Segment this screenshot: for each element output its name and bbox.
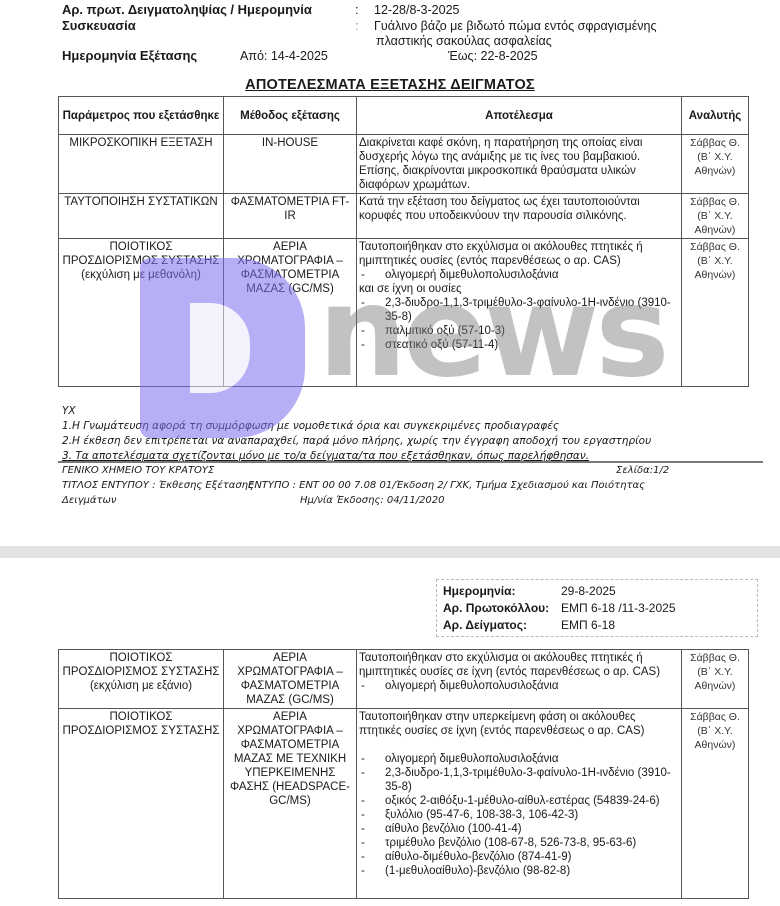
table-row: ΠΟΙΟΤΙΚΟΣ ΠΡΟΣΔΙΟΡΙΣΜΟΣ ΣΥΣΤΑΣΗΣ ΑΕΡΙΑ Χ…: [59, 709, 749, 899]
list-item: -τριμέθυλο βενζόλιο (108-67-8, 526-73-8,…: [359, 836, 679, 850]
result-cell: Ταυτοποιήθηκαν στο εκχύλισμα οι ακόλουθε…: [357, 650, 682, 709]
colon: :: [355, 18, 359, 33]
list-item: -αίθυλο-διμέθυλο-βενζόλιο (874-41-9): [359, 850, 679, 864]
bullet-dash: -: [359, 864, 385, 878]
parameter-cell: ΤΑΥΤΟΠΟΙΗΣΗ ΣΥΣΤΑΤΙΚΩΝ: [59, 194, 224, 239]
colon: :: [355, 2, 359, 17]
bullet-dash: -: [359, 766, 385, 794]
list-item: -αίθυλο βενζόλιο (100-41-4): [359, 822, 679, 836]
packaging-value-line1: Γυάλινο βάζο με βιδωτό πώμα εντός σφραγι…: [374, 19, 657, 33]
footer-form-title-cont: Δειγμάτων: [62, 495, 116, 506]
list-item: -ξυλόλιο (95-47-6, 108-38-3, 106-42-3): [359, 808, 679, 822]
page-separator: [0, 546, 780, 558]
substance-text: ξυλόλιο (95-47-6, 108-38-3, 106-42-3): [385, 808, 578, 822]
parameter-name: ΠΟΙΟΤΙΚΟΣ ΠΡΟΣΔΙΟΡΙΣΜΟΣ ΣΥΣΤΑΣΗΣ: [61, 651, 221, 679]
results-table-page2: ΠΟΙΟΤΙΚΟΣ ΠΡΟΣΔΙΟΡΙΣΜΟΣ ΣΥΣΤΑΣΗΣ (εκχύλι…: [58, 649, 749, 899]
parameter-cell: ΜΙΚΡΟΣΚΟΠΙΚΗ ΕΞΕΤΑΣΗ: [59, 135, 224, 194]
result-cell: Κατά την εξέταση του δείγματος ως έχει τ…: [357, 194, 682, 239]
header-parameter: Παράμετρος που εξετάσθηκε: [59, 97, 224, 135]
footer-page-number: Σελίδα:1/2: [616, 465, 669, 476]
header-analyst: Αναλυτής: [682, 97, 749, 135]
table-row: ΠΟΙΟΤΙΚΟΣ ΠΡΟΣΔΙΟΡΙΣΜΟΣ ΣΥΣΤΑΣΗΣ (εκχύλι…: [59, 650, 749, 709]
bullet-dash: -: [359, 794, 385, 808]
header-method: Μέθοδος εξέτασης: [224, 97, 357, 135]
header-result: Αποτέλεσμα: [357, 97, 682, 135]
result-cell: Ταυτοποιήθηκαν στην υπερκείμενη φάση οι …: [357, 709, 682, 899]
method-cell: IN-HOUSE: [224, 135, 357, 194]
substance-text: τριμέθυλο βενζόλιο (108-67-8, 526-73-8, …: [385, 836, 636, 850]
list-item: -ολιγομερή διμεθυλοπολυσιλοξάνια: [359, 679, 679, 693]
list-item: -2,3-διυδρο-1,1,3-τριμέθυλο-3-φαίνυλο-1Η…: [359, 766, 679, 794]
substance-text: ολιγομερή διμεθυλοπολυσιλοξάνια: [385, 752, 559, 766]
method-cell: ΑΕΡΙΑ ΧΡΩΜΑΤΟΓΡΑΦΙΑ – ΦΑΣΜΑΤΟΜΕΤΡΙΑ ΜΑΖΑ…: [224, 650, 357, 709]
table-row: ΜΙΚΡΟΣΚΟΠΙΚΗ ΕΞΕΤΑΣΗ IN-HOUSE Διακρίνετα…: [59, 135, 749, 194]
substance-text: (1-μεθυλοαίθυλο)-βενζόλιο (98-82-8): [385, 864, 570, 878]
bullet-dash: -: [359, 808, 385, 822]
bullet-dash: -: [359, 679, 385, 693]
footer-org: ΓΕΝΙΚΟ ΧΗΜΕΙΟ ΤΟΥ ΚΡΑΤΟΥΣ: [62, 465, 214, 476]
table-row: ΤΑΥΤΟΠΟΙΗΣΗ ΣΥΣΤΑΤΙΚΩΝ ΦΑΣΜΑΤΟΜΕΤΡΙΑ FT-…: [59, 194, 749, 239]
packaging-label: Συσκευασία: [62, 18, 136, 33]
parameter-cell: ΠΟΙΟΤΙΚΟΣ ΠΡΟΣΔΙΟΡΙΣΜΟΣ ΣΥΣΤΑΣΗΣ (εκχύλι…: [59, 650, 224, 709]
result-list: -ολιγομερή διμεθυλοπολυσιλοξάνια: [359, 679, 679, 693]
substance-text: 2,3-διυδρο-1,1,3-τριμέθυλο-3-φαίνυλο-1Η-…: [385, 766, 679, 794]
info-sample-row: Αρ. Δείγματος:ΕΜΠ 6-18: [443, 618, 615, 632]
analyst-cell: Σάββας Θ. (Β΄ Χ.Υ. Αθηνών): [682, 650, 749, 709]
result-cell: Διακρίνεται καφέ σκόνη, η παρατήρηση της…: [357, 135, 682, 194]
bullet-dash: -: [359, 822, 385, 836]
substance-text: ολιγομερή διμεθυλοπολυσιλοξάνια: [385, 679, 559, 693]
bullet-dash: -: [359, 850, 385, 864]
result-intro: Ταυτοποιήθηκαν στο εκχύλισμα οι ακόλουθε…: [359, 651, 679, 679]
info-date-row: Ημερομηνία:29-8-2025: [443, 584, 616, 598]
analyst-cell: Σάββας Θ. (Β΄ Χ.Υ. Αθηνών): [682, 709, 749, 899]
info-protocol-row: Αρ. Πρωτοκόλλου:ΕΜΠ 6-18 /11-3-2025: [443, 601, 676, 615]
analyst-cell: Σάββας Θ. (Β΄ Χ.Υ. Αθηνών): [682, 239, 749, 387]
results-title: ΑΠΟΤΕΛΕΣΜΑΤΑ ΕΞΕΤΑΣΗΣ ΔΕΙΓΜΑΤΟΣ: [0, 77, 780, 93]
footer-form-title: ΤΙΤΛΟΣ ΕΝΤΥΠΟΥ : Έκθεσης Εξέτασης: [62, 480, 254, 491]
result-list: -ολιγομερή διμεθυλοπολυσιλοξάνια-2,3-διυ…: [359, 752, 679, 878]
substance-text: αίθυλο-διμέθυλο-βενζόλιο (874-41-9): [385, 850, 571, 864]
sampling-protocol-label: Αρ. πρωτ. Δειγματοληψίας / Ημερομηνία: [62, 2, 312, 17]
watermark-logo-d: [140, 258, 305, 438]
analyst-cell: Σάββας Θ. (Β΄ Χ.Υ. Αθηνών): [682, 135, 749, 194]
bullet-dash: -: [359, 752, 385, 766]
footer-form-code: ΕΝΤΥΠΟ : ΕΝΤ 00 00 7.08 01/Έκδοση 2/ ΓΧΚ…: [248, 480, 645, 491]
list-item: -ολιγομερή διμεθυλοπολυσιλοξάνια: [359, 752, 679, 766]
analyst-cell: Σάββας Θ. (Β΄ Χ.Υ. Αθηνών): [682, 194, 749, 239]
footer-divider: [58, 461, 763, 463]
bullet-dash: -: [359, 836, 385, 850]
exam-date-from: Από: 14-4-2025: [240, 49, 328, 63]
packaging-value-line2: πλαστικής σακούλας ασφαλείας: [376, 34, 552, 48]
list-item: -οξικός 2-αιθόξυ-1-μέθυλο-αίθυλ-εστέρας …: [359, 794, 679, 808]
footer-issue-date: Ημ/νία Έκδοσης: 04/11/2020: [300, 495, 445, 506]
table-header-row: Παράμετρος που εξετάσθηκε Μέθοδος εξέτασ…: [59, 97, 749, 135]
exam-date-to: Έως: 22-8-2025: [448, 49, 538, 63]
watermark-news-text: news: [318, 270, 666, 395]
parameter-cell: ΠΟΙΟΤΙΚΟΣ ΠΡΟΣΔΙΟΡΙΣΜΟΣ ΣΥΣΤΑΣΗΣ: [59, 709, 224, 899]
method-cell: ΦΑΣΜΑΤΟΜΕΤΡΙΑ FT-IR: [224, 194, 357, 239]
sample-info-box: Ημερομηνία:29-8-2025 Αρ. Πρωτοκόλλου:ΕΜΠ…: [436, 579, 758, 637]
exam-date-label: Ημερομηνία Εξέτασης: [62, 48, 197, 63]
result-intro: Ταυτοποιήθηκαν στην υπερκείμενη φάση οι …: [359, 710, 679, 738]
method-cell: ΑΕΡΙΑ ΧΡΩΜΑΤΟΓΡΑΦΙΑ – ΦΑΣΜΑΤΟΜΕΤΡΙΑ ΜΑΖΑ…: [224, 709, 357, 899]
substance-text: οξικός 2-αιθόξυ-1-μέθυλο-αίθυλ-εστέρας (…: [385, 794, 660, 808]
sampling-protocol-value: 12-28/8-3-2025: [374, 3, 459, 17]
substance-text: αίθυλο βενζόλιο (100-41-4): [385, 822, 522, 836]
parameter-note: (εκχύλιση με εξάνιο): [61, 679, 221, 693]
list-item: -(1-μεθυλοαίθυλο)-βενζόλιο (98-82-8): [359, 864, 679, 878]
